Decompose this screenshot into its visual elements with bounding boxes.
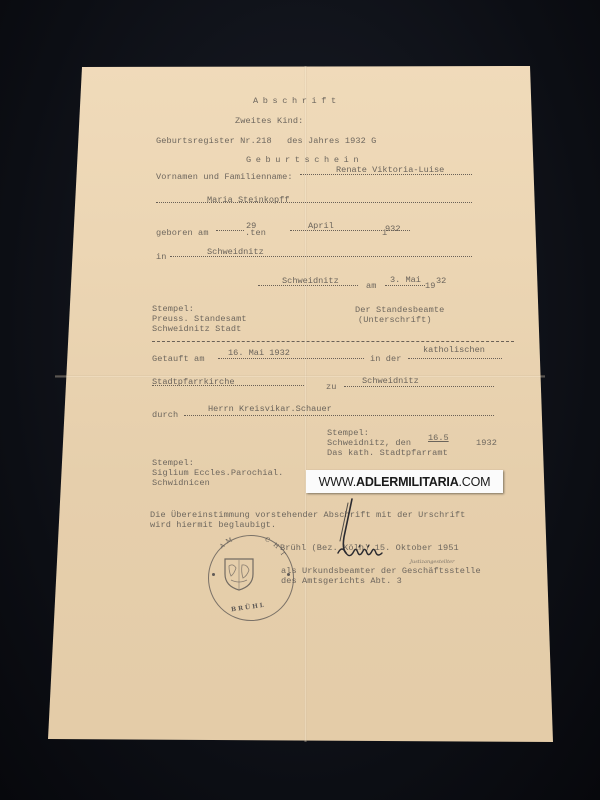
register-year: des Jahres 1932 G — [287, 136, 376, 146]
family-name-dotted-line — [156, 200, 472, 203]
denomination-dotted-line — [408, 356, 502, 359]
birth-place: Schweidnitz — [207, 247, 264, 257]
register-label: Geburtsregister Nr. — [156, 136, 256, 146]
document-title: Abschrift — [253, 96, 341, 106]
born-month-dots — [290, 228, 382, 231]
issue-year: 32 — [436, 276, 446, 286]
parish-stamp-label: Stempel: — [327, 428, 369, 438]
watermark-label: WWW.ADLERMILITARIA.COM — [306, 470, 503, 493]
certificate-heading: Geburtschein — [246, 155, 363, 165]
registrar-title: Der Standesbeamte — [355, 305, 444, 315]
issue-date: 3. Mai — [390, 275, 421, 285]
watermark-brand: ADLERMILITARIA — [356, 475, 459, 489]
denomination: katholischen — [423, 345, 485, 355]
stamp-city: Schweidnitz Stadt — [152, 324, 241, 334]
church-dotted-line — [152, 383, 304, 386]
durch-label: durch — [152, 410, 178, 420]
official-line2: des Amtsgerichts Abt. 3 — [281, 576, 402, 586]
issue-year-prefix: 19 — [425, 281, 436, 291]
section-divider — [152, 340, 514, 342]
horizontal-fold-crease — [55, 375, 545, 378]
church-place: Schweidnitz — [362, 376, 419, 386]
coat-of-arms-icon — [223, 556, 255, 592]
in-der-label: in der — [370, 354, 402, 364]
latin-stamp-text: Siglium Eccles.Parochial. — [152, 468, 283, 478]
parish-stamp-year: 1932 — [476, 438, 497, 448]
baptism-label: Getauft am — [152, 354, 205, 364]
parish-stamp-date: 16.5 — [428, 433, 449, 443]
watermark-prefix: WWW. — [319, 475, 356, 489]
certification-line1: Die Übereinstimmung vorstehender Abschri… — [150, 510, 465, 520]
issue-am-label: am — [366, 281, 377, 291]
certification-line2: wird hiermit beglaubigt. — [150, 520, 276, 530]
stamp-label: Stempel: — [152, 304, 194, 314]
born-year-dots — [386, 228, 410, 231]
latin-stamp-label: Stempel: — [152, 458, 194, 468]
watermark-suffix: .COM — [459, 475, 491, 489]
born-day-dots — [216, 228, 244, 231]
officiant: Herrn Kreisvikar.Schauer — [208, 404, 332, 414]
born-label: geboren am — [156, 228, 209, 238]
given-names: Renate Viktoria-Luise — [336, 165, 444, 175]
clerk-title-stamp: Justizangestellter — [410, 559, 455, 565]
register-number: 218 — [256, 136, 272, 146]
child-order: Zweites Kind: — [235, 116, 303, 126]
name-label: Vornamen und Familienname: — [156, 172, 293, 182]
seal-dot-left — [212, 573, 215, 576]
parish-stamp-place: Schweidnitz, den — [327, 438, 411, 448]
registrar-signature-label: (Unterschrift) — [358, 315, 432, 325]
latin-stamp-city: Schwidnicen — [152, 478, 210, 488]
seal-dot-right — [287, 573, 290, 576]
born-day-suffix: .ten — [245, 228, 266, 238]
issue-place: Schweidnitz — [282, 276, 339, 286]
in-label: in — [156, 252, 167, 262]
zu-label: zu — [326, 382, 337, 392]
baptism-date: 16. Mai 1932 — [228, 348, 290, 358]
stamp-office: Preuss. Standesamt — [152, 314, 247, 324]
handwritten-signature — [318, 497, 398, 577]
parish-office: Das kath. Stadtpfarramt — [327, 448, 448, 458]
born-month: April — [308, 221, 334, 231]
